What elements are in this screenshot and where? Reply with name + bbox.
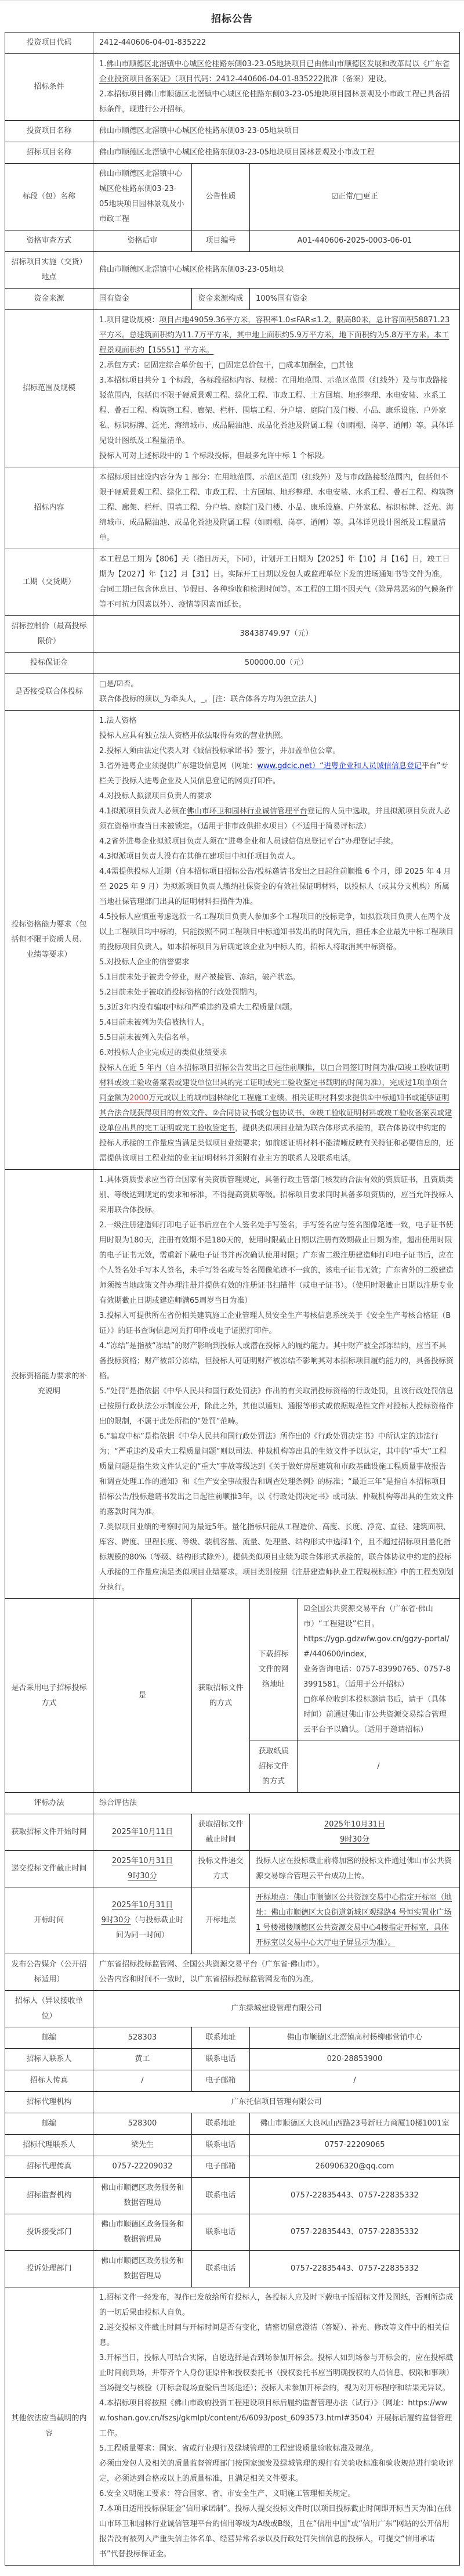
tenderer-email-value: / — [250, 2070, 460, 2092]
download-phone-line: 业务咨询电话：0757-83990765、0757-83991581。（适用于公… — [303, 1662, 454, 1692]
scope-p3-sections: 3.本招标项目共分 1 个标段，各标段招标内容、规模：在用地范围、示范区范围（红… — [99, 373, 454, 449]
scope-p2-contract-mode: 2.承包方式：☑固定综合单价包干，□固定总价包干，□成本加酬金，□其他 — [99, 358, 454, 373]
agency-value: 广东托信项目管理有限公司 — [93, 2092, 460, 2113]
investment-code-label: 投资项目代码 — [5, 33, 93, 54]
supervision-agency-label: 招标监督机构 — [5, 2178, 93, 2214]
consortium-note-line: 联合体投标的须以_为牵头人，_。[注：联合体各方均为独立法人] — [99, 692, 454, 707]
qualification-requirements-label: 投标资格能力要求（包括但不限于资质人员、业绩等要求） — [5, 711, 93, 1170]
complaint-handling-phone-label: 联系电话 — [192, 2251, 250, 2287]
table-row: 工期（交货期） 本工程总工期为【806】天（指日历天，下同），计划开工日期为【2… — [5, 549, 460, 616]
supp-item: 4.“冻结”是指被“冻结”的财产影响到投标人或潜在投标人的履约能力。其中财产被全… — [99, 1339, 454, 1384]
notice-nature-value: ☑正常/□更正 — [250, 164, 460, 230]
evaluation-method-value: 综合评估法 — [93, 1793, 460, 1814]
agency-address-label: 联系地址 — [192, 2113, 250, 2135]
table-row: 招标人（异议接收单位） 广东绿城建设管理有限公司 — [5, 1991, 460, 2027]
table-row: 资金来源 国有资金 资金来源构成 100%国有资金 — [5, 289, 460, 310]
submission-method-value: 投标人应在投标截止前将加密的投标文件通过佛山市公共资源交易综合管理云平台成功上传… — [250, 1851, 460, 1887]
table-row: 邮编 528300 联系地址 佛山市顺德区大良凤山西路23号新旺力商厦10楼10… — [5, 2113, 460, 2135]
supp-item: 3.投标人可提供所在省份相关建筑施工企业管理人员安全生产考核信息系统关于《安全生… — [99, 1309, 454, 1339]
announcement-media-line2: 公告内容和时间不一致时，以广东省招标投标监管网发布的为准。 — [99, 1972, 454, 1987]
supplementary-notes-value: 1.具体资质要求应当符合国家有关资质管理规定，具备行政主管部门核发的合法有效的资… — [93, 1170, 460, 1599]
project-number-value: A01-440606-2025-0003-06-01 — [250, 230, 460, 252]
qual-item: 5.1目前未处于被责令停业，财产被接管、冻结，破产状态。 — [99, 970, 454, 985]
qual-item-text: 3.省外进粤企业须提供广东建设信息网（网址： — [99, 762, 257, 770]
tenderer-contact-label: 招标人联系人 — [5, 2049, 93, 2070]
table-row: 招标内容 本招标项目建设内容分为 1 部分：在用地范围、示范区范围（红线外）及与… — [5, 467, 460, 549]
agency-label: 招标代理机构 — [5, 2092, 93, 2113]
section-name-value: 佛山市顺德区北滘镇中心城区伦桂路东侧03-23-05地块项目园林景观及小市政工程 — [93, 164, 192, 230]
qual-item: 4.对投标人拟派项目负责人的要求 — [99, 789, 454, 804]
bid-conditions-p1-underlined: 佛山市顺德区北滘镇中心城区伦桂路东侧03-23-05地块项目已由佛山市顺德区发展… — [99, 60, 449, 84]
evaluation-method-label: 评标办法 — [5, 1793, 93, 1814]
page-top-divider — [0, 0, 464, 1]
table-row: 开标时间 2025年10月31日 9时30分（与投标截止时间为同一时间） 开标地… — [5, 1887, 460, 1954]
obtain-start-date: 2025年10月11日 — [112, 1828, 173, 1836]
agency-phone-value: 0757-22209065 — [250, 2135, 460, 2156]
tender-project-name-label: 招标项目名称 — [5, 142, 93, 164]
obtain-deadline-label: 获取招标文件截止时间 — [192, 1814, 250, 1851]
supervision-agency-value: 佛山市顺德区政务服务和数据管理局 — [93, 2178, 192, 2214]
submission-deadline-value: 2025年10月31日 9时30分 — [93, 1851, 192, 1887]
obtain-deadline-time: 9时30分 — [340, 1835, 369, 1844]
opening-date: 2025年10月31日 — [112, 1901, 173, 1910]
tenderer-address-label: 联系地址 — [192, 2027, 250, 2049]
table-row: 招标代理机构 广东托信项目管理有限公司 — [5, 2092, 460, 2113]
qual-performance-paragraph: 投标人在近 5 年内（自本招标项目招标公告发出之日起往前顺推，以□合同签订时间为… — [99, 1061, 454, 1166]
fund-source-label: 资金来源 — [5, 289, 93, 310]
supervision-phone-label: 联系电话 — [192, 2178, 250, 2214]
control-price-label: 招标控制价（最高投标限价） — [5, 616, 93, 653]
submission-deadline-label: 递交投标文件截止时间 — [5, 1851, 93, 1887]
tenderer-contact-value: 黄工 — [93, 2049, 192, 2070]
construction-period-label: 工期（交货期） — [5, 549, 93, 616]
qualification-requirements-value: 1.法人资格 投标人应具有独立法人资格并依法取得有效的营业执照。 2.投标人须由… — [93, 711, 460, 1170]
qual-item: 5.4目前未被列为失信被执行人。 — [99, 1015, 454, 1031]
project-number-label: 项目编号 — [192, 230, 250, 252]
qual-item: 5.3近3年内没有骗取中标和严重违约及重大工程质量问题。 — [99, 1000, 454, 1015]
complaint-receiving-label: 投诉接受部门 — [5, 2214, 93, 2251]
qual-item: 5.2目前未处于被取消投标资格的行政处罚期内。 — [99, 985, 454, 1000]
bid-conditions-p2: 2.本招标项目佛山市顺德区北滘镇中心城区伦桂路东侧03-23-05地块项目园林景… — [99, 87, 454, 117]
tenderer-value: 广东绿城建设管理有限公司 — [93, 1991, 460, 2027]
scope-scale-label: 招标范围及规模 — [5, 310, 93, 467]
table-row: 投标资格能力要求的补充说明 1.具体资质要求应当符合国家有关资质管理规定，具备行… — [5, 1170, 460, 1599]
table-row: 招标条件 1.佛山市顺德区北滘镇中心城区伦桂路东侧03-23-05地块项目已由佛… — [5, 54, 460, 121]
table-row: 邮编 528303 联系地址 佛山市顺德区北滘镇高村杨柳郡营销中心 — [5, 2027, 460, 2049]
table-row: 投诉处理部门 佛山市顺德区政务服务和数据管理局 联系电话 0757-228354… — [5, 2251, 460, 2287]
table-row: 发布公告媒介（公开招标适用） 广东省招标投标监管网、全国公共资源交易平台（广东省… — [5, 1954, 460, 1991]
fund-source-value: 国有资金 — [93, 289, 192, 310]
consortium-checkbox-line: □是/☑否。 — [99, 677, 454, 692]
other-content-value: 1.招标文件一经发布，视作已发放给所有投标人，各投标人应及时下载电子版招标文件及… — [93, 2287, 460, 2566]
download-platform-line: ☑全国公共资源交易平台（广东省·佛山市）“工程建设”栏目。 — [303, 1602, 454, 1632]
other-item: 7.本项目适用投标保证金“信用承诺制”。投标人提交投标文件时(以项目投标截止时间… — [99, 2502, 454, 2562]
other-item: 1.招标文件一经发布，视作已发放给所有投标人，各投标人应及时下载电子版招标文件及… — [99, 2290, 454, 2321]
gdcic-link[interactable]: www.gdcic.net）“进粤企业和人员诚信信息登记 — [257, 762, 421, 770]
control-price-value: 38438749.97（元） — [93, 616, 460, 653]
tenderer-postcode-label: 邮编 — [5, 2027, 93, 2049]
agency-postcode-value: 528300 — [93, 2113, 192, 2135]
table-row: 标段（包）名称 佛山市顺德区北滘镇中心城区伦桂路东侧03-23-05地块项目园林… — [5, 164, 460, 230]
announcement-table: 投资项目代码 2412-440606-04-01-835222 招标条件 1.佛… — [5, 32, 460, 2566]
electronic-bidding-label: 是否采用电子招标投标方式 — [5, 1599, 93, 1793]
download-url-line[interactable]: https://ygp.gdzwfw.gov.cn/ggzy-portal/#/… — [303, 1632, 454, 1662]
bid-bond-value: 500000.00（元） — [93, 653, 460, 674]
qual-item: 4.3拟派项目负责人没有在其他在建项目中担任项目负责人。 — [99, 849, 454, 864]
tenderer-postcode-value: 528303 — [93, 2027, 192, 2049]
qual-item: 3.省外进粤企业须提供广东建设信息网（网址：www.gdcic.net）“进粤企… — [99, 759, 454, 789]
paper-documents-label: 获取纸质招标文件的方式 — [250, 1741, 298, 1793]
tenderer-fax-value: / — [93, 2070, 192, 2092]
tenderer-address-value: 佛山市顺德区北滘镇高村杨柳郡营销中心 — [250, 2027, 460, 2049]
qual-item: 4.4需提供投标人近期（自本招标项目招标公告/投标邀请书发出之日起往前顺推 6 … — [99, 864, 454, 910]
qual-item: 5.对投标人企业的信誉要求 — [99, 955, 454, 970]
other-item: 5.工程质量要求：国家、省或行业现行及绿城管理的工程建设质量验收标准及规范。 — [99, 2441, 454, 2456]
table-row: 投资项目名称 佛山市顺德区北滘镇中心城区伦桂路东侧03-23-05地块项目 — [5, 121, 460, 142]
qualification-review-label: 资格审查方式 — [5, 230, 93, 252]
opening-clock-time: 9时30分 — [101, 1916, 131, 1925]
agency-address-value: 佛山市顺德区大良凤山西路23号新旺力商厦10楼1001室 — [250, 2113, 460, 2135]
opening-location-prefix: 开标地点： — [256, 1893, 293, 1902]
opening-location-label: 开标地点 — [192, 1887, 250, 1954]
agency-email-label: 电子邮箱 — [192, 2156, 250, 2178]
consortium-value: □是/☑否。 联合体投标的须以_为牵头人，_。[注：联合体各方均为独立法人] — [93, 674, 460, 711]
table-row: 招标项目名称 佛山市顺德区北滘镇中心城区伦桂路东侧03-23-05地块项目园林景… — [5, 142, 460, 164]
construction-period-value: 本工程总工期为【806】天（指日历天，下同），计划开工日期为【2025】年【10… — [93, 549, 460, 616]
agency-contact-value: 梁先生 — [93, 2135, 192, 2156]
supplementary-notes-label: 投标资格能力要求的补充说明 — [5, 1170, 93, 1599]
other-item: 2.递交投标文件截止时间与开标时间是否有变化，请密切留意澄清（答疑）、补充、修改… — [99, 2321, 454, 2351]
opening-location-value: 开标地点：佛山市顺德区公共资源交易中心指定开标室（地址：佛山市顺德区大良街道新城… — [250, 1887, 460, 1954]
table-row: 招标项目实施（交货）地点 佛山市顺德区北滘镇中心城区伦桂路东侧03-23-05地… — [5, 252, 460, 289]
paper-documents-value: / — [298, 1741, 460, 1793]
contract-amount-value: 2000 — [129, 1094, 148, 1103]
opening-time-label: 开标时间 — [5, 1887, 93, 1954]
electronic-bidding-value: 是 — [93, 1599, 192, 1793]
other-item: 3.开标当日，投标人可结合实际，自愿选择是否到场参加开标会。投标人如到场参与开标… — [99, 2351, 454, 2396]
download-url-value: ☑全国公共资源交易平台（广东省·佛山市）“工程建设”栏目。 https://yg… — [298, 1599, 460, 1741]
supp-item: 5.“处罚”是指依据《中华人民共和国行政处罚法》作出的有关取消投标资格的行政处罚… — [99, 1384, 454, 1429]
tenderer-phone-value: 020-28853900 — [250, 2049, 460, 2070]
complaint-handling-label: 投诉处理部门 — [5, 2251, 93, 2287]
table-row: 招标范围及规模 1.项目建设规模：项目占地49059.36平方米，容积率1.0≤… — [5, 310, 460, 467]
qual-item: 5.5目前未被列入失信名单。 — [99, 1031, 454, 1046]
bid-conditions-label: 招标条件 — [5, 54, 93, 121]
bid-conditions-p1-suffix: 批准（备案）建设。 — [323, 75, 391, 84]
consortium-label: 是否接受联合体投标 — [5, 674, 93, 711]
supp-item: 6.“骗取中标”是指依据《中华人民共和国行政处罚法》所作出的《行政处罚决定书》中… — [99, 1429, 454, 1520]
qual-item: 2.投标人须由法定代表人对《诚信投标承诺书》签字，并加盖单位公章。 — [99, 744, 454, 759]
invitation-confirm-line: □你单位收到本投标邀请书后，请于（具体时间）前通过佛山市公共资源交易综合管理云平… — [303, 1692, 454, 1738]
table-row: 招标监督机构 佛山市顺德区政务服务和数据管理局 联系电话 0757-228354… — [5, 2178, 460, 2214]
complaint-handling-value: 佛山市顺德区政务服务和数据管理局 — [93, 2251, 192, 2287]
other-item-supervision-url: 4.本招标项目将按照《佛山市政府投资工程建设项目标后履约监督管理办法（试行）》（… — [99, 2396, 454, 2441]
table-row: 投资项目代码 2412-440606-04-01-835222 — [5, 33, 460, 54]
bid-bond-label: 投标保证金 — [5, 653, 93, 674]
delivery-location-label: 招标项目实施（交货）地点 — [5, 252, 93, 289]
announcement-media-value: 广东省招标投标监管网、全国公共资源交易平台（广东省·佛山市）。 公告内容和时间不… — [93, 1954, 460, 1991]
qual-item: 4.1拟派项目负责人必须在佛山市环卫和园林行业诚信管理平台登记的人员中选取，并且… — [99, 804, 454, 834]
table-row: 其他依法应当载明的内容 1.招标文件一经发布，视作已发放给所有投标人，各投标人应… — [5, 2287, 460, 2566]
agency-email-value: 260906320@qq.com — [250, 2156, 460, 2178]
qual-item: 1.法人资格 — [99, 714, 454, 729]
qualification-review-value: 资格后审 — [93, 230, 192, 252]
complaint-receiving-phone-value: 0757-22835443、0757-22835332 — [250, 2214, 460, 2251]
supp-item: 1.具体资质要求应当符合国家有关资质管理规定，具备行政主管部门核发的合法有效的资… — [99, 1173, 454, 1218]
download-url-label: 下载招标文件的网络地址 — [250, 1599, 298, 1741]
tender-content-value: 本招标项目建设内容分为 1 部分：在用地范围、示范区范围（红线外）及与市政路接驳… — [93, 467, 460, 549]
other-item: 6.安全文明施工要求：符合国家、省、市安全生产、文明施工管理相关规定。 — [99, 2487, 454, 2502]
obtain-documents-method-label: 获取招标文件的方式 — [192, 1599, 250, 1793]
announcement-media-line1: 广东省招标投标监管网、全国公共资源交易平台（广东省·佛山市）。 — [99, 1957, 454, 1972]
announcement-media-label: 发布公告媒介（公开招标适用） — [5, 1954, 93, 1991]
submission-deadline-time: 9时30分 — [128, 1872, 157, 1880]
agency-contact-label: 招标代理联系人 — [5, 2135, 93, 2156]
supp-item: 2.一级注册建造师打印电子证书后应在个人签名处手写签名，手写签名应与签名图像笔迹… — [99, 1218, 454, 1309]
other-item: 必须由发包人及相关的质量监督管理部门按国家颁发及绿城管理的现行有关验收标准和验收… — [99, 2456, 454, 2487]
tender-project-name-value: 佛山市顺德区北滘镇中心城区伦桂路东侧03-23-05地块项目园林景观及小市政工程 — [93, 142, 460, 164]
scope-scale-value: 1.项目建设规模：项目占地49059.36平方米，容积率1.0≤FAR≤1.2，… — [93, 310, 460, 467]
table-row: 资格审查方式 资格后审 项目编号 A01-440606-2025-0003-06… — [5, 230, 460, 252]
tender-content-label: 招标内容 — [5, 467, 93, 549]
fund-composition-label: 资金来源构成 — [192, 289, 250, 310]
submission-deadline-date: 2025年10月31日 — [112, 1857, 173, 1865]
qual-item: 4.2省外进粤企业拟派项目负责人须在“进粤企业和人员诚信信息登记平台”办理登记手… — [99, 834, 454, 849]
obtain-deadline-value: 2025年10月31日 9时30分 — [250, 1814, 460, 1851]
agency-fax-value: 0757-22209032 — [93, 2156, 192, 2178]
qual-item: 4.5投标人应慎重考虑选派一名工程项目负责人参加多个工程项目的投标竞争，如拟派项… — [99, 910, 454, 955]
obtain-deadline-date: 2025年10月31日 — [324, 1820, 385, 1829]
agency-phone-label: 联系电话 — [192, 2135, 250, 2156]
table-row: 递交投标文件截止时间 2025年10月31日 9时30分 投标文件递交方式 投标… — [5, 1851, 460, 1887]
tenderer-fax-label: 招标人传真 — [5, 2070, 93, 2092]
supp-item: 7.类似项目业绩的考察时间为最近5年。量化指标只能从工程造价、高度、长度、净宽、… — [99, 1520, 454, 1595]
investment-project-name-label: 投资项目名称 — [5, 121, 93, 142]
table-row: 是否接受联合体投标 □是/☑否。 联合体投标的须以_为牵头人，_。[注：联合体各… — [5, 674, 460, 711]
tenderer-email-label: 电子邮箱 — [192, 2070, 250, 2092]
table-row: 招标代理联系人 梁先生 联系电话 0757-22209065 — [5, 2135, 460, 2156]
investment-project-name-value: 佛山市顺德区北滘镇中心城区伦桂路东侧03-23-05地块项目 — [93, 121, 460, 142]
announcement-page: 招标公告 投资项目代码 2412-440606-04-01-835222 招标条… — [0, 10, 464, 2576]
other-content-label: 其他依法应当载明的内容 — [5, 2287, 93, 2566]
table-row: 招标控制价（最高投标限价） 38438749.97（元） — [5, 616, 460, 653]
table-row: 招标人传真 / 电子邮箱 / — [5, 2070, 460, 2092]
table-row: 是否采用电子招标投标方式 是 获取招标文件的方式 下载招标文件的网络地址 ☑全国… — [5, 1599, 460, 1741]
section-name-label: 标段（包）名称 — [5, 164, 93, 230]
complaint-handling-phone-value: 0757-22835443、0757-22835332 — [250, 2251, 460, 2287]
table-row: 获取招标文件开始时间 2025年10月11日 获取招标文件截止时间 2025年1… — [5, 1814, 460, 1851]
agency-postcode-label: 邮编 — [5, 2113, 93, 2135]
table-row: 投标保证金 500000.00（元） — [5, 653, 460, 674]
investment-code-value: 2412-440606-04-01-835222 — [93, 33, 460, 54]
bid-conditions-value: 1.佛山市顺德区北滘镇中心城区伦桂路东侧03-23-05地块项目已由佛山市顺德区… — [93, 54, 460, 121]
scope-p4-limit: 投标人可对上述标段中的 1 个标段投标，但最多允许中标 1 个标段。 — [99, 449, 454, 464]
complaint-receiving-phone-label: 联系电话 — [192, 2214, 250, 2251]
fund-composition-value: 100%国有资金 — [250, 289, 460, 310]
table-row: 招标人联系人 黄工 联系电话 020-28853900 — [5, 2049, 460, 2070]
qual-item: 投标人应具有独立法人资格并依法取得有效的营业执照。 — [99, 729, 454, 744]
submission-method-label: 投标文件递交方式 — [192, 1851, 250, 1887]
bid-conditions-p1-prefix: 1. — [99, 60, 106, 69]
notice-nature-label: 公告性质 — [192, 164, 250, 230]
table-row: 投诉接受部门 佛山市顺德区政务服务和数据管理局 联系电话 0757-228354… — [5, 2214, 460, 2251]
opening-time-value: 2025年10月31日 9时30分（与投标截止时间为同一时间） — [93, 1887, 192, 1954]
table-row: 招标代理传真 0757-22209032 电子邮箱 260906320@qq.c… — [5, 2156, 460, 2178]
tenderer-label: 招标人（异议接收单位） — [5, 1991, 93, 2027]
complaint-receiving-value: 佛山市顺德区政务服务和数据管理局 — [93, 2214, 192, 2251]
qual-item: 6.对投标人企业完成过的类似业绩要求 — [99, 1046, 454, 1061]
obtain-start-time-label: 获取招标文件开始时间 — [5, 1814, 93, 1851]
obtain-start-time-value: 2025年10月11日 — [93, 1814, 192, 1851]
qual-item-text: 4.1拟派项目负责人必须在 — [99, 807, 187, 816]
supervision-phone-value: 0757-22835443、0757-22835332 — [250, 2178, 460, 2214]
agency-fax-label: 招标代理传真 — [5, 2156, 93, 2178]
table-row: 评标办法 综合评估法 — [5, 1793, 460, 1814]
tenderer-phone-label: 联系电话 — [192, 2049, 250, 2070]
scope-p1-prefix: 1.项目建设规模： — [99, 316, 159, 325]
delivery-location-value: 佛山市顺德区北滘镇中心城区伦桂路东侧03-23-05地块 — [93, 252, 460, 289]
table-row: 投标资格能力要求（包括但不限于资质人员、业绩等要求） 1.法人资格 投标人应具有… — [5, 711, 460, 1170]
page-title: 招标公告 — [5, 10, 459, 25]
credit-platform-underlined: 佛山市环卫和园林行业诚信管理平台 — [187, 807, 307, 816]
